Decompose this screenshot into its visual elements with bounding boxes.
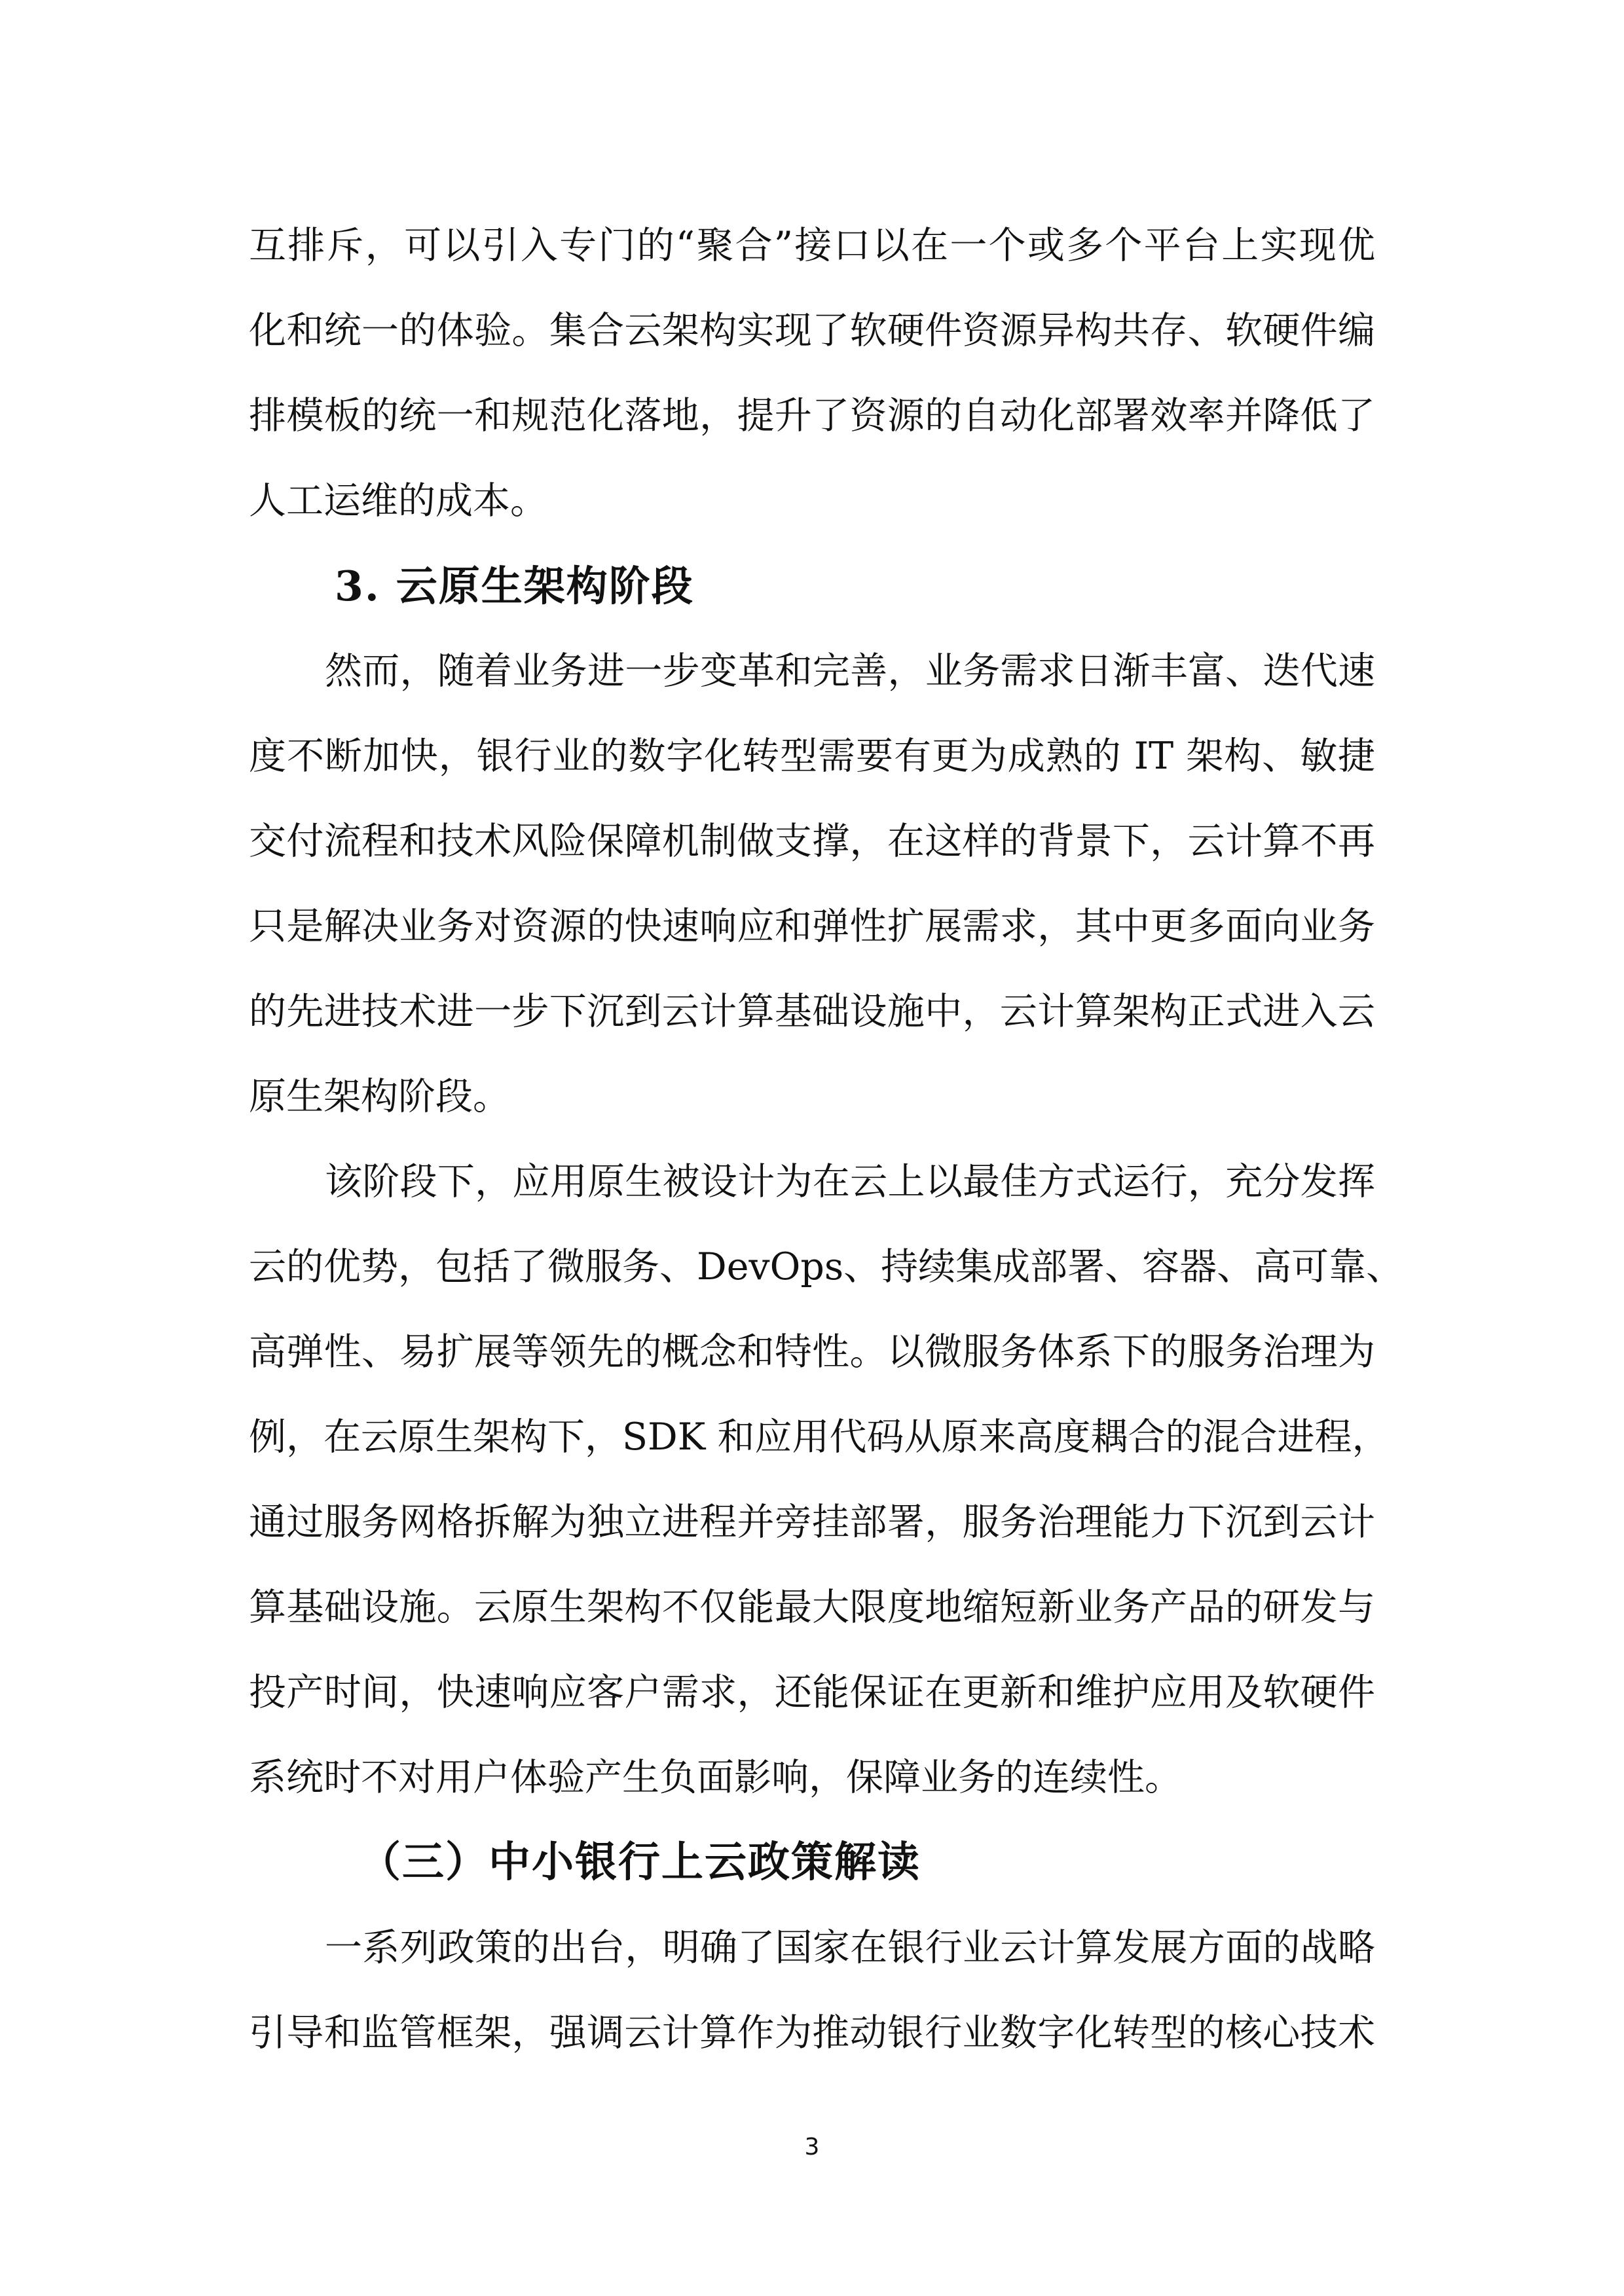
text-line: 例，在云原生架构下，SDK 和应用代码从原来高度耦合的混合进程，	[249, 1394, 1375, 1480]
text-line: 的先进技术进一步下沉到云计算基础设施中，云计算架构正式进入云	[249, 969, 1375, 1054]
page-number: 3	[0, 2131, 1624, 2164]
section-heading-cloud-native-stage: 3. 云原生架构阶段	[249, 543, 1375, 629]
text-column: 互排斥，可以引入专门的“聚合”接口以在一个或多个平台上实现优 化和统一的体验。集…	[249, 203, 1375, 2075]
paragraph: 然而，随着业务进一步变革和完善，业务需求日渐丰富、迭代速 度不断加快，银行业的数…	[249, 629, 1375, 1139]
text-line: 原生架构阶段。	[249, 1054, 1375, 1139]
paragraph: 该阶段下，应用原生被设计为在云上以最佳方式运行，充分发挥 云的优势，包括了微服务…	[249, 1139, 1375, 1820]
text-line: 只是解决业务对资源的快速响应和弹性扩展需求，其中更多面向业务	[249, 884, 1375, 969]
text-line: 排模板的统一和规范化落地，提升了资源的自动化部署效率并降低了	[249, 373, 1375, 458]
text-line: 云的优势，包括了微服务、DevOps、持续集成部署、容器、高可靠、	[249, 1224, 1375, 1309]
text-line: 算基础设施。云原生架构不仅能最大限度地缩短新业务产品的研发与	[249, 1565, 1375, 1650]
paragraph: 一系列政策的出台，明确了国家在银行业云计算发展方面的战略 引导和监管框架，强调云…	[249, 1905, 1375, 2075]
text-line: 化和统一的体验。集合云架构实现了软硬件资源异构共存、软硬件编	[249, 288, 1375, 373]
paragraph-continued: 互排斥，可以引入专门的“聚合”接口以在一个或多个平台上实现优 化和统一的体验。集…	[249, 203, 1375, 543]
text-line: 系统时不对用户体验产生负面影响，保障业务的连续性。	[249, 1735, 1375, 1820]
text-line: 互排斥，可以引入专门的“聚合”接口以在一个或多个平台上实现优	[249, 203, 1375, 288]
document-page: 互排斥，可以引入专门的“聚合”接口以在一个或多个平台上实现优 化和统一的体验。集…	[0, 0, 1624, 2296]
text-line: 通过服务网格拆解为独立进程并旁挂部署，服务治理能力下沉到云计	[249, 1480, 1375, 1565]
text-line: 度不断加快，银行业的数字化转型需要有更为成熟的 IT 架构、敏捷	[249, 714, 1375, 799]
text-line: 引导和监管框架，强调云计算作为推动银行业数字化转型的核心技术	[249, 1990, 1375, 2075]
text-line: 投产时间，快速响应客户需求，还能保证在更新和维护应用及软硬件	[249, 1650, 1375, 1735]
text-line: 高弹性、易扩展等领先的概念和特性。以微服务体系下的服务治理为	[249, 1309, 1375, 1394]
text-line: 该阶段下，应用原生被设计为在云上以最佳方式运行，充分发挥	[249, 1139, 1375, 1224]
text-line: 人工运维的成本。	[249, 458, 1375, 543]
section-heading-policy-interpretation: （三）中小银行上云政策解读	[249, 1820, 1375, 1905]
text-line: 然而，随着业务进一步变革和完善，业务需求日渐丰富、迭代速	[249, 629, 1375, 714]
text-line: 一系列政策的出台，明确了国家在银行业云计算发展方面的战略	[249, 1905, 1375, 1990]
text-line: 交付流程和技术风险保障机制做支撑，在这样的背景下，云计算不再	[249, 799, 1375, 884]
